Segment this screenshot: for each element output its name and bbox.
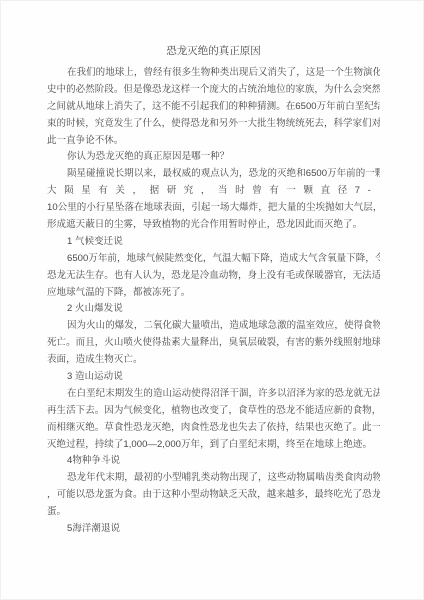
text-line: 死亡。而且，火山喷火使得盐素大量释出，臭氧层破裂，有害的紫外线照射地球 [47, 335, 380, 352]
section-heading: 4物种争斗说 [47, 453, 380, 470]
text-line: 应地球气温的下降，都被冻死了。 [47, 285, 380, 302]
text-line: 表面，造成生物灭亡。 [47, 352, 380, 369]
text-line: 形成遮天蔽日的尘雾，导致植物的光合作用暂时停止，恐龙因此而灭绝了。 [47, 217, 380, 234]
text-line: 在我们的地球上，曾经有很多生物种类出现后又消失了，这是一个生物演化 [47, 65, 380, 82]
text-line: 之间就从地球上消失了，这不能不引起我们的种种猜测。在6500万年前白垩纪结 [47, 99, 380, 116]
text-line: 再生活下去。因为气候变化，植物也改变了，食草性的恐龙不能适应新的食物， [47, 403, 380, 420]
text-line: 束的时候，究竟发生了什么，使得恐龙和另外一大批生物统统死去，科学家们对 [47, 116, 380, 133]
text-line: 蛋。 [47, 504, 380, 521]
document-page: 恐龙灭绝的真正原因 在我们的地球上，曾经有很多生物种类出现后又消失了，这是一个生… [0, 0, 424, 600]
text-line: 在白垩纪末期发生的造山运动使得沼泽干涸，许多以沼泽为家的恐龙就无法 [47, 386, 380, 403]
document-title: 恐龙灭绝的真正原因 [47, 44, 380, 58]
section-heading: 2 火山爆发说 [47, 301, 380, 318]
text-line: 恐龙年代末期，最初的小型哺乳类动物出现了，这些动物属啮齿类食肉动物 [47, 470, 380, 487]
text-line: 陨星碰撞说长期以来，最权威的观点认为，恐龙的灭绝和6500万年前的一颗 [47, 166, 380, 183]
text-line: 恐龙无法生存。也有人认为，恐龙是冷血动物，身上没有毛或保暖器官，无法适 [47, 268, 380, 285]
text-line: 史中的必然阶段。但是像恐龙这样一个庞大的占统治地位的家族，为什么会突然 [47, 82, 380, 99]
text-line: 10公里的小行星坠落在地球表面，引起一场大爆炸，把大量的尘埃抛如大气层， [47, 200, 380, 217]
text-line: 而相继灭绝。草食性恐龙灭绝，肉食性恐龙也失去了依持，结果也灭绝了。此一 [47, 420, 380, 437]
text-line: ，可能以恐龙蛋为食。由于这种小型动物缺乏天敌，越来越多，最终吃光了恐龙 [47, 487, 380, 504]
text-line: 因为火山的爆发，二氧化碳大量喷出，造成地球急激的温室效应，使得食物 [47, 318, 380, 335]
section-heading: 3 造山运动说 [47, 369, 380, 386]
text-line: 6500万年前，地球气候陡然变化，气温大幅下降，造成大气含氧量下降，令 [47, 251, 380, 268]
text-line: 你认为恐龙灭绝的真正原因是哪一种？ [47, 149, 380, 166]
text-line: 大陨星有关，据研究，当时曾有一颗直径7- [47, 183, 380, 200]
section-heading: 1 气候变迁说 [47, 234, 380, 251]
text-line: 此一直争论不休。 [47, 133, 380, 150]
text-line: 灭绝过程，持续了1,000—2,000万年，到了白垩纪末期，终至在地球上绝迹。 [47, 437, 380, 454]
section-heading: 5海洋潮退说 [47, 521, 380, 538]
